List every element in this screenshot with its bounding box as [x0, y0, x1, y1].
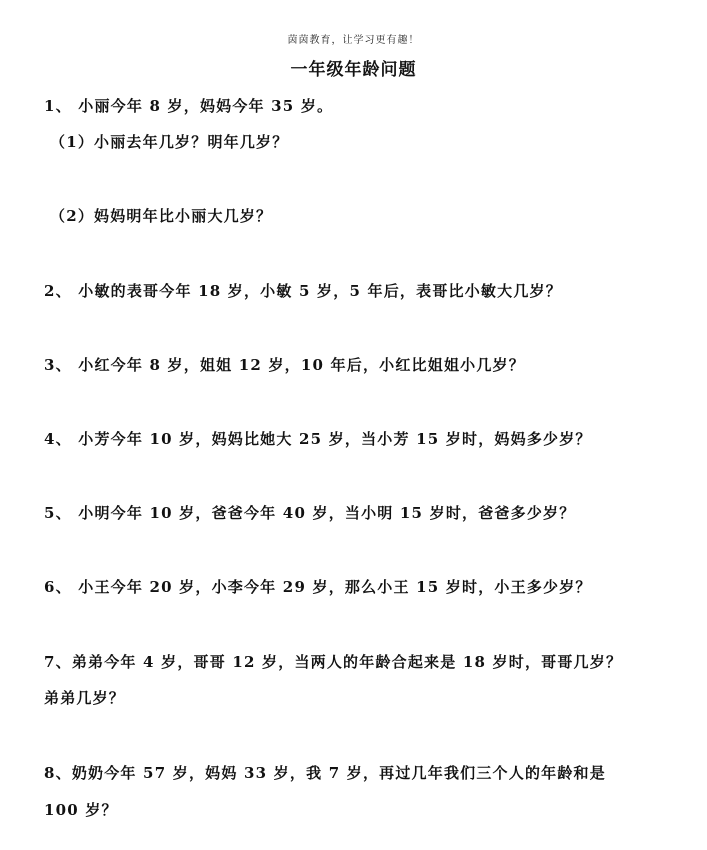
question-7-line-1: 7、弟弟今年 4 岁，哥哥 12 岁，当两人的年龄合起来是 18 岁时，哥哥几岁…	[44, 651, 622, 672]
question-4: 4、 小芳今年 10 岁，妈妈比她大 25 岁，当小芳 15 岁时，妈妈多少岁？	[44, 428, 592, 449]
question-6: 6、 小王今年 20 岁，小李今年 29 岁，那么小王 15 岁时，小王多少岁？	[44, 576, 592, 597]
question-8-line-1: 8、奶奶今年 57 岁，妈妈 33 岁，我 7 岁，再过几年我们三个人的年龄和是	[44, 762, 606, 783]
question-2: 2、 小敏的表哥今年 18 岁，小敏 5 岁，5 年后，表哥比小敏大几岁？	[44, 280, 562, 301]
question-3: 3、 小红今年 8 岁，姐姐 12 岁，10 年后，小红比姐姐小几岁？	[44, 354, 525, 375]
question-1-sub-1: （1）小丽去年几岁？明年几岁？	[50, 131, 288, 152]
header-note: 茵茵教育，让学习更有趣！	[0, 31, 707, 46]
question-5: 5、 小明今年 10 岁，爸爸今年 40 岁，当小明 15 岁时，爸爸多少岁？	[44, 502, 575, 523]
question-1-sub-2: （2）妈妈明年比小丽大几岁？	[50, 205, 272, 226]
page-title: 一年级年龄问题	[0, 55, 707, 80]
question-7-line-2: 弟弟几岁？	[44, 687, 125, 708]
question-8-line-2: 100 岁？	[44, 799, 118, 820]
question-1: 1、 小丽今年 8 岁，妈妈今年 35 岁。	[44, 95, 333, 116]
